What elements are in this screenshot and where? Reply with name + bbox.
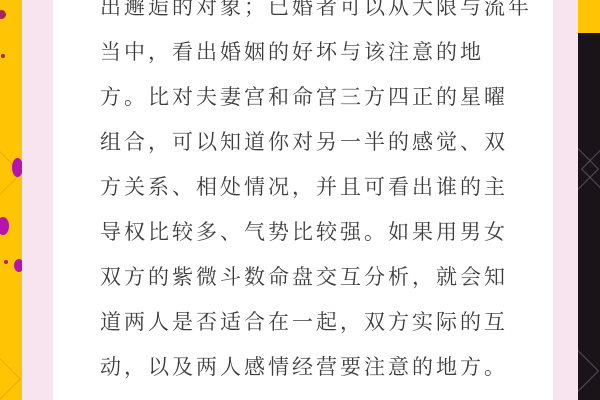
triangle-pattern	[0, 355, 21, 400]
diamond-pattern	[581, 145, 600, 193]
confetti-dot	[12, 158, 22, 177]
article-content: 出邂逅的对象；已婚者可以从大限与流年 当中，看出婚姻的好坏与该注意的地 方。比对…	[53, 0, 553, 400]
paragraph-line: 方。比对夫妻宫和命宫三方四正的星曜	[100, 75, 532, 120]
confetti-dot	[14, 259, 22, 272]
paragraph-line: 当中，看出婚姻的好坏与该注意的地	[100, 30, 532, 75]
confetti-dot	[0, 217, 9, 235]
confetti-dot	[1, 54, 5, 58]
diamond-pattern	[578, 347, 599, 395]
paragraph-line: 双方的紫微斗数命盘交互分析，就会知	[100, 255, 532, 300]
confetti-dot	[4, 260, 8, 264]
paragraph: 出邂逅的对象；已婚者可以从大限与流年 当中，看出婚姻的好坏与该注意的地 方。比对…	[100, 0, 532, 390]
right-black-border	[578, 0, 600, 400]
confetti-dot	[0, 10, 6, 19]
yellow-corner-block	[578, 0, 600, 33]
paragraph-line: 组合，可以知道你对另一半的感觉、双	[100, 120, 532, 165]
left-yellow-border	[0, 0, 22, 400]
paragraph-line: 方关系、相处情况，并且可看出谁的主	[100, 165, 532, 210]
right-pink-border	[553, 0, 578, 400]
paragraph-line: 动，以及两人感情经营要注意的地方。	[100, 345, 532, 390]
left-pink-border	[22, 0, 53, 400]
paragraph-line: 出邂逅的对象；已婚者可以从大限与流年	[100, 0, 532, 30]
paragraph-line: 导权比较多、气势比较强。如果用男女	[100, 210, 532, 255]
article-page: 出邂逅的对象；已婚者可以从大限与流年 当中，看出婚姻的好坏与该注意的地 方。比对…	[0, 0, 600, 400]
paragraph-line: 道两人是否适合在一起，双方实际的互	[100, 300, 532, 345]
